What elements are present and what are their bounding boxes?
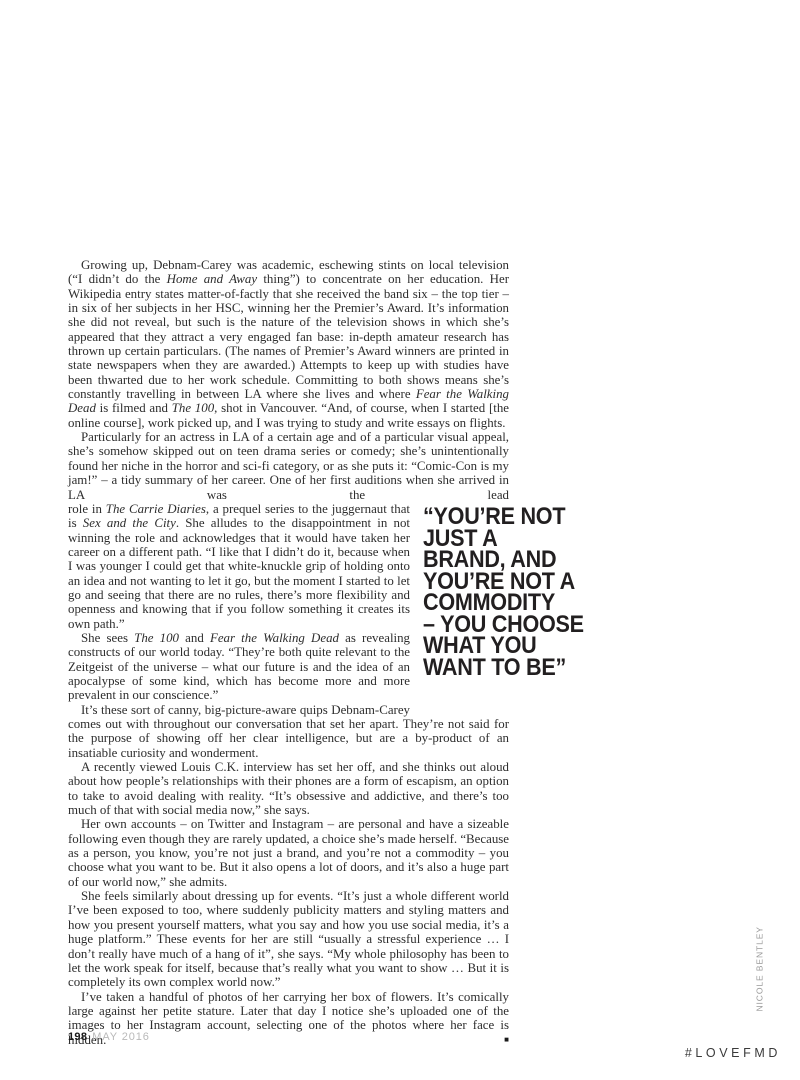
text-run: . She alludes to the disappointment in n… bbox=[68, 516, 410, 630]
article-section: Growing up, Debnam-Carey was academic, e… bbox=[68, 258, 509, 502]
paragraph: Growing up, Debnam-Carey was academic, e… bbox=[68, 258, 509, 430]
text-run: is filmed and bbox=[96, 401, 172, 415]
paragraph: It’s these sort of canny, big-picture-aw… bbox=[68, 703, 410, 717]
text-run: and bbox=[179, 631, 210, 645]
article-section: comes out with throughout our conversati… bbox=[68, 717, 509, 1047]
paragraph: A recently viewed Louis C.K. interview h… bbox=[68, 760, 509, 817]
title-italic: Fear the Walking Dead bbox=[210, 631, 339, 645]
text-run: It’s these sort of canny, big-picture-aw… bbox=[81, 703, 410, 717]
page-number: 198 bbox=[68, 1031, 87, 1043]
paragraph: Her own accounts – on Twitter and Instag… bbox=[68, 817, 509, 889]
title-italic: The Carrie Diaries bbox=[106, 502, 206, 516]
title-italic: The 100 bbox=[134, 631, 179, 645]
title-italic: The 100 bbox=[172, 401, 214, 415]
text-run: Particularly for an actress in LA of a c… bbox=[68, 430, 509, 501]
title-italic: Sex and the City bbox=[83, 516, 176, 530]
paragraph: She sees The 100 and Fear the Walking De… bbox=[68, 631, 410, 703]
page-footer: 198MAY 2016 bbox=[68, 1031, 150, 1043]
hashtag-lovefmd: #LOVEFMD bbox=[685, 1046, 781, 1060]
text-run: role in bbox=[68, 502, 106, 516]
photo-credit: NICOLE BENTLEY bbox=[755, 932, 766, 1012]
pull-quote: “YOU’RE NOTJUST ABRAND, ANDYOU’RE NOT AC… bbox=[423, 506, 584, 678]
text-run: She feels similarly about dressing up fo… bbox=[68, 889, 509, 989]
issue-date: MAY 2016 bbox=[92, 1031, 150, 1043]
paragraph: comes out with throughout our conversati… bbox=[68, 717, 509, 760]
article-section: role in The Carrie Diaries, a prequel se… bbox=[68, 502, 410, 717]
magazine-page: Growing up, Debnam-Carey was academic, e… bbox=[0, 0, 800, 1080]
text-run: thing”) to concentrate on her education.… bbox=[68, 272, 509, 401]
text-run: Her own accounts – on Twitter and Instag… bbox=[68, 817, 509, 888]
text-run: comes out with throughout our conversati… bbox=[68, 717, 509, 760]
title-italic: Home and Away bbox=[167, 272, 257, 286]
paragraph: Particularly for an actress in LA of a c… bbox=[68, 430, 509, 502]
pull-quote-line: WANT TO BE” bbox=[423, 657, 584, 679]
text-run: She sees bbox=[81, 631, 134, 645]
paragraph: role in The Carrie Diaries, a prequel se… bbox=[68, 502, 410, 631]
text-run: A recently viewed Louis C.K. interview h… bbox=[68, 760, 509, 817]
paragraph: She feels similarly about dressing up fo… bbox=[68, 889, 509, 989]
end-of-article-marker: ■ bbox=[491, 1033, 509, 1047]
